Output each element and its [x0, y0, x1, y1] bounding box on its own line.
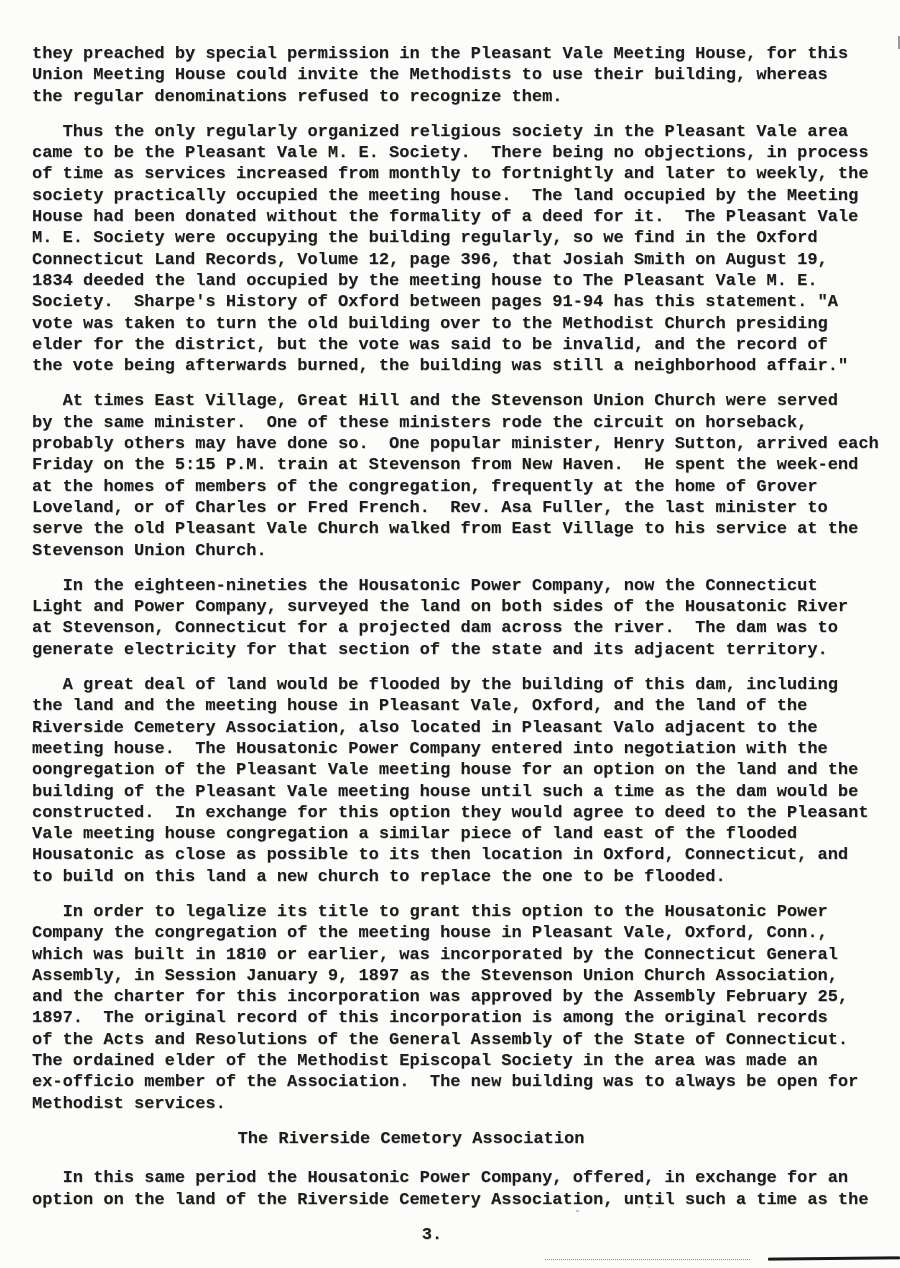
section-heading: The Riverside Cemetory Association: [32, 1129, 790, 1150]
paragraph-5: A great deal of land would be flooded by…: [32, 675, 880, 888]
scan-speck: [648, 1206, 651, 1208]
paragraph-3: At times East Village, Great Hill and th…: [32, 391, 880, 561]
paragraph-1: they preached by special permission in t…: [32, 44, 880, 108]
document-page: they preached by special permission in t…: [0, 0, 900, 1268]
paragraph-2: Thus the only regularly organized religi…: [32, 122, 880, 378]
page-number: 3.: [32, 1225, 832, 1246]
scan-speck: [576, 1210, 579, 1212]
paragraph-6: In order to legalize its title to grant …: [32, 902, 880, 1115]
scan-dash-artifact: [545, 1259, 750, 1260]
paragraph-4: In the eighteen-nineties the Housatonic …: [32, 576, 880, 661]
scan-line-artifact: [768, 1256, 900, 1260]
text-column: they preached by special permission in t…: [0, 0, 900, 1246]
paragraph-7: In this same period the Housatonic Power…: [32, 1168, 880, 1211]
